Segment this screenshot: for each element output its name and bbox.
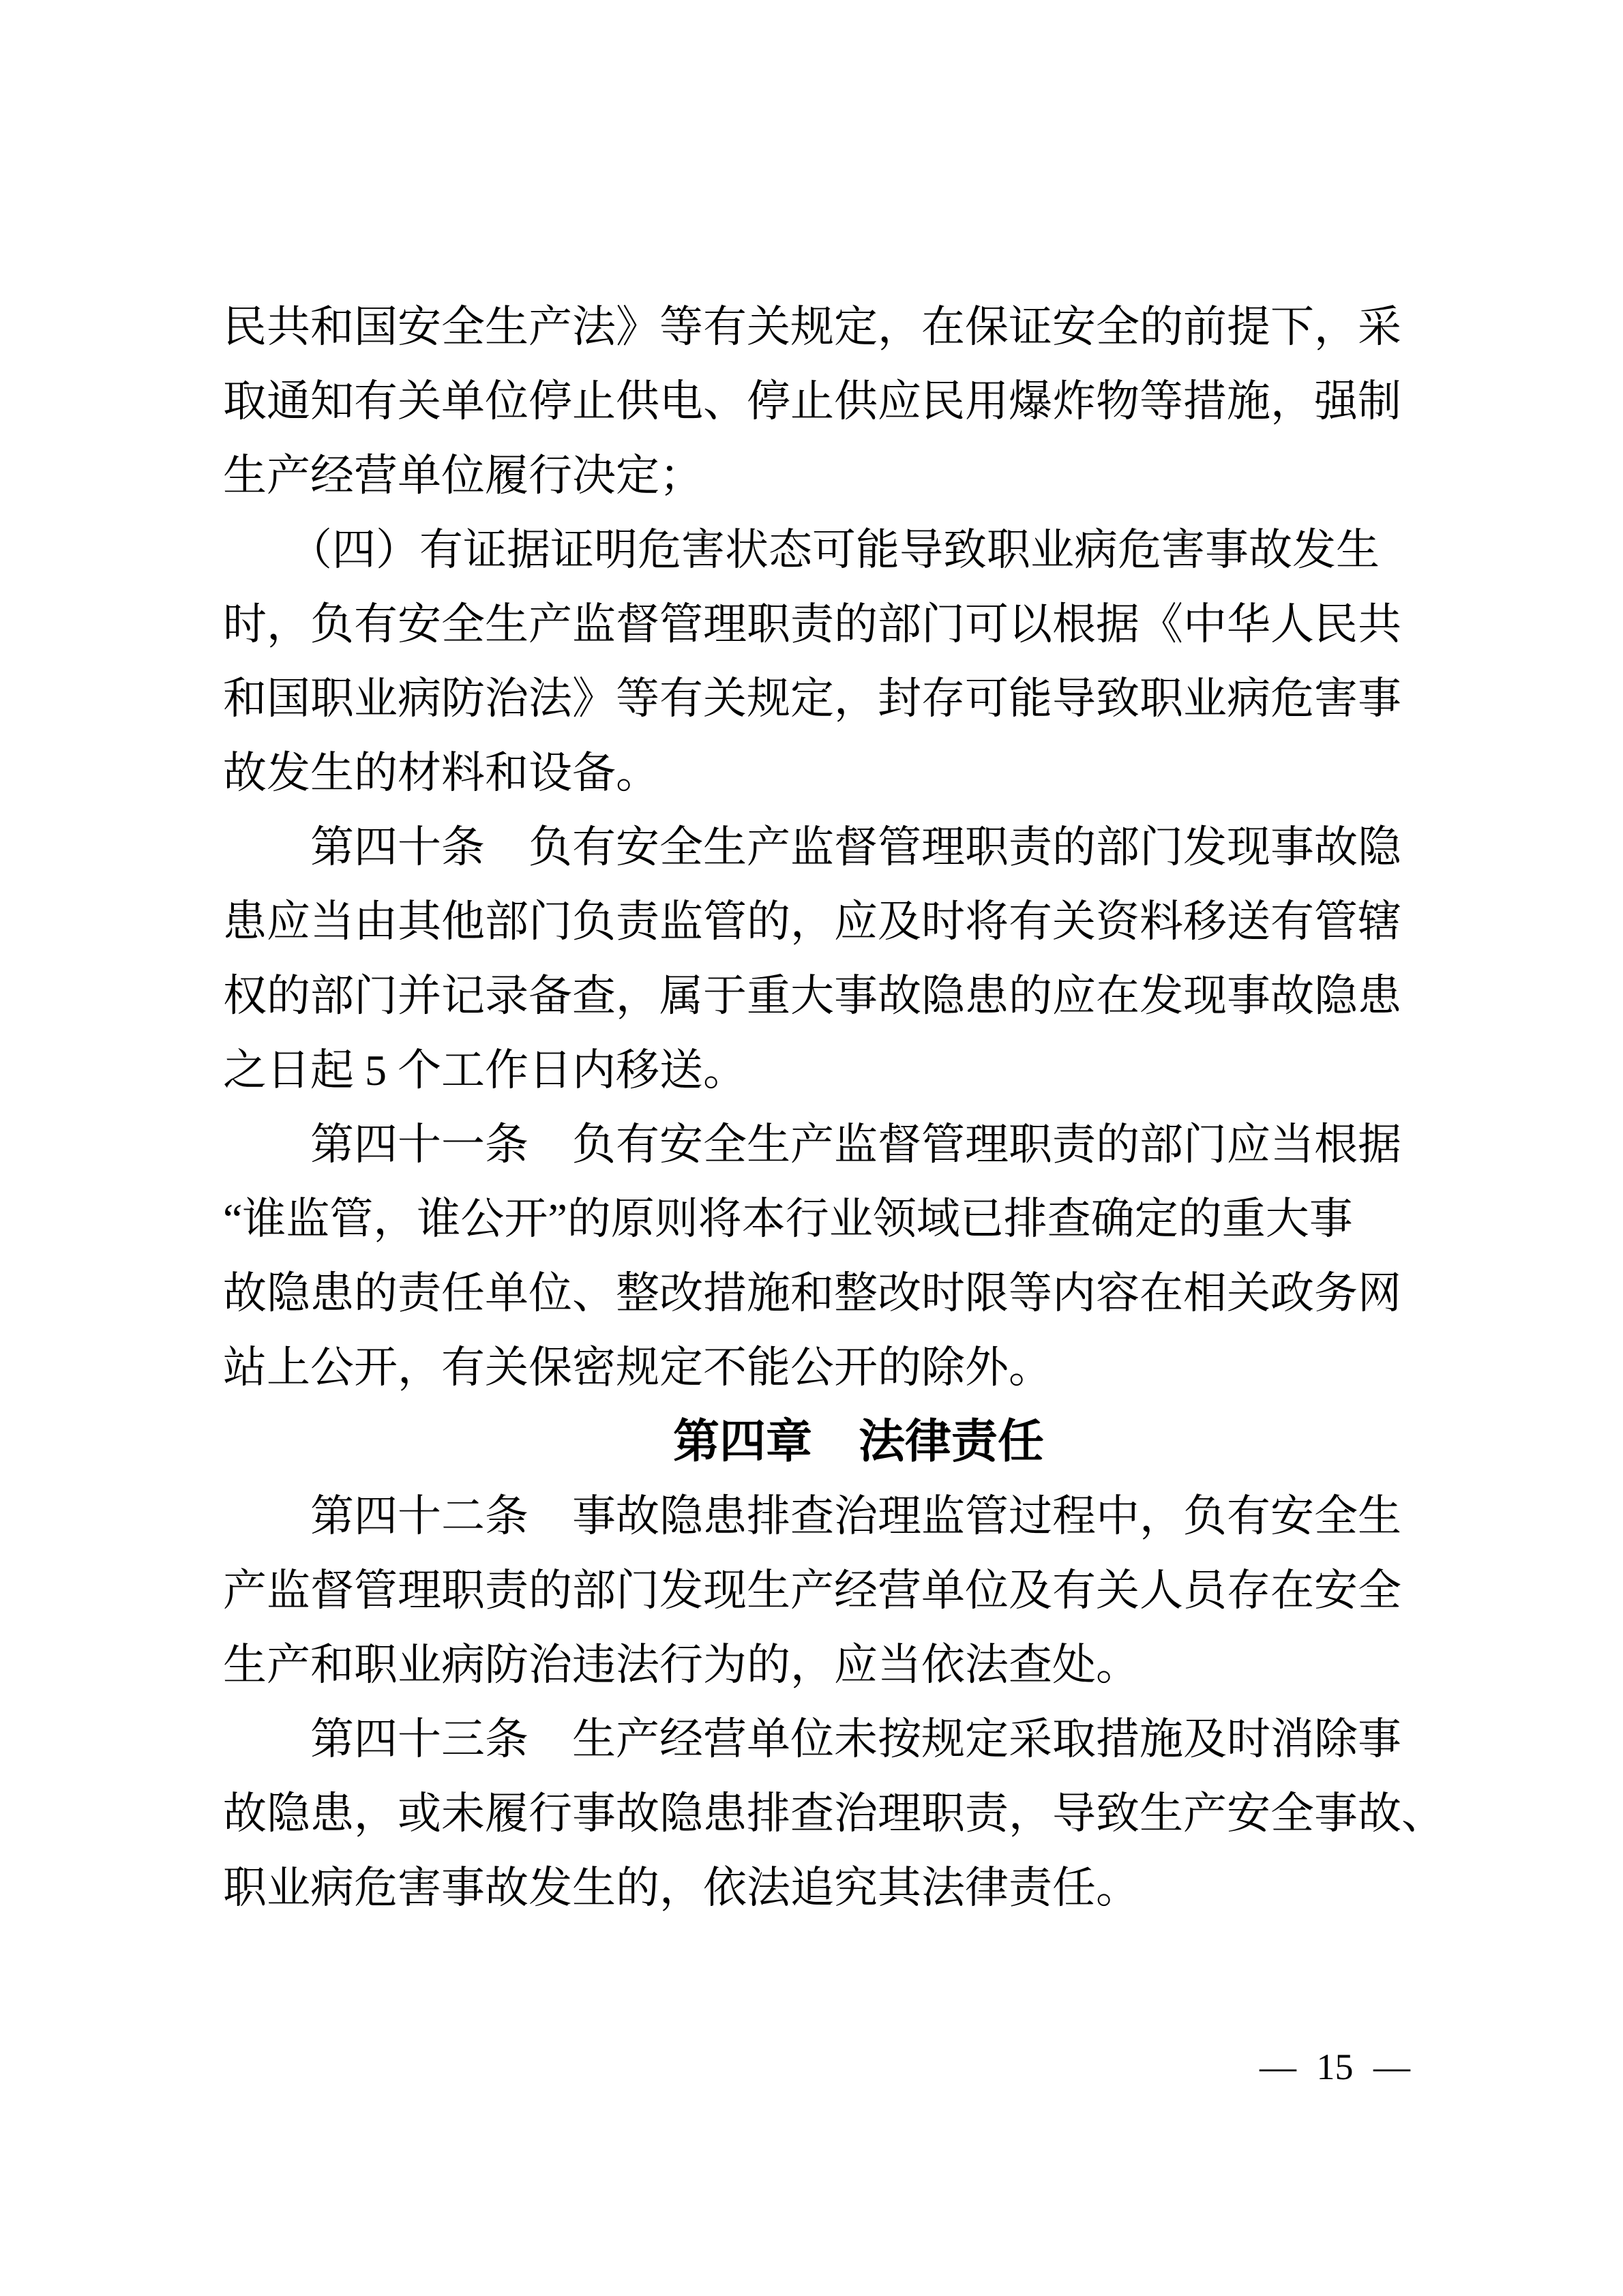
text-line: “谁监管，谁公开”的原则将本行业领域已排查确定的重大事 (223, 1182, 1407, 1256)
text-line: 第四十一条 负有安全生产监督管理职责的部门应当根据 (223, 1107, 1407, 1182)
text-line: 患应当由其他部门负责监管的，应及时将有关资料移送有管辖 (223, 884, 1407, 959)
text-line: 民共和国安全生产法》等有关规定，在保证安全的前提下，采 (223, 290, 1407, 364)
text-line: 之日起 5 个工作日内移送。 (223, 1033, 1407, 1107)
text-line: （四）有证据证明危害状态可能导致职业病危害事故发生 (223, 513, 1407, 587)
chapter-heading: 第四章 法律责任 (223, 1405, 1407, 1479)
text-line: 第四十条 负有安全生产监督管理职责的部门发现事故隐 (223, 810, 1407, 884)
text-line: 站上公开，有关保密规定不能公开的除外。 (223, 1330, 1407, 1405)
page-number-footer: — 15 — (1260, 2047, 1410, 2087)
text-line: 生产经营单位履行决定； (223, 438, 1407, 513)
text-line: 故发生的材料和设备。 (223, 736, 1407, 810)
document-page: 民共和国安全生产法》等有关规定，在保证安全的前提下，采取通知有关单位停止供电、停… (0, 0, 1623, 2296)
text-line: 取通知有关单位停止供电、停止供应民用爆炸物等措施，强制 (223, 364, 1407, 438)
text-line: 第四十二条 事故隐患排查治理监管过程中，负有安全生 (223, 1479, 1407, 1553)
text-line: 权的部门并记录备查，属于重大事故隐患的应在发现事故隐患 (223, 959, 1407, 1033)
text-line: 生产和职业病防治违法行为的，应当依法查处。 (223, 1628, 1407, 1702)
text-line: 第四十三条 生产经营单位未按规定采取措施及时消除事 (223, 1702, 1407, 1776)
text-line: 职业病危害事故发生的，依法追究其法律责任。 (223, 1851, 1407, 1925)
document-body: 民共和国安全生产法》等有关规定，在保证安全的前提下，采取通知有关单位停止供电、停… (223, 290, 1407, 1925)
text-line: 产监督管理职责的部门发现生产经营单位及有关人员存在安全 (223, 1553, 1407, 1628)
text-line: 故隐患，或未履行事故隐患排查治理职责，导致生产安全事故、 (223, 1776, 1407, 1851)
text-line: 时，负有安全生产监督管理职责的部门可以根据《中华人民共 (223, 587, 1407, 661)
text-line: 故隐患的责任单位、整改措施和整改时限等内容在相关政务网 (223, 1256, 1407, 1330)
text-line: 和国职业病防治法》等有关规定，封存可能导致职业病危害事 (223, 661, 1407, 736)
